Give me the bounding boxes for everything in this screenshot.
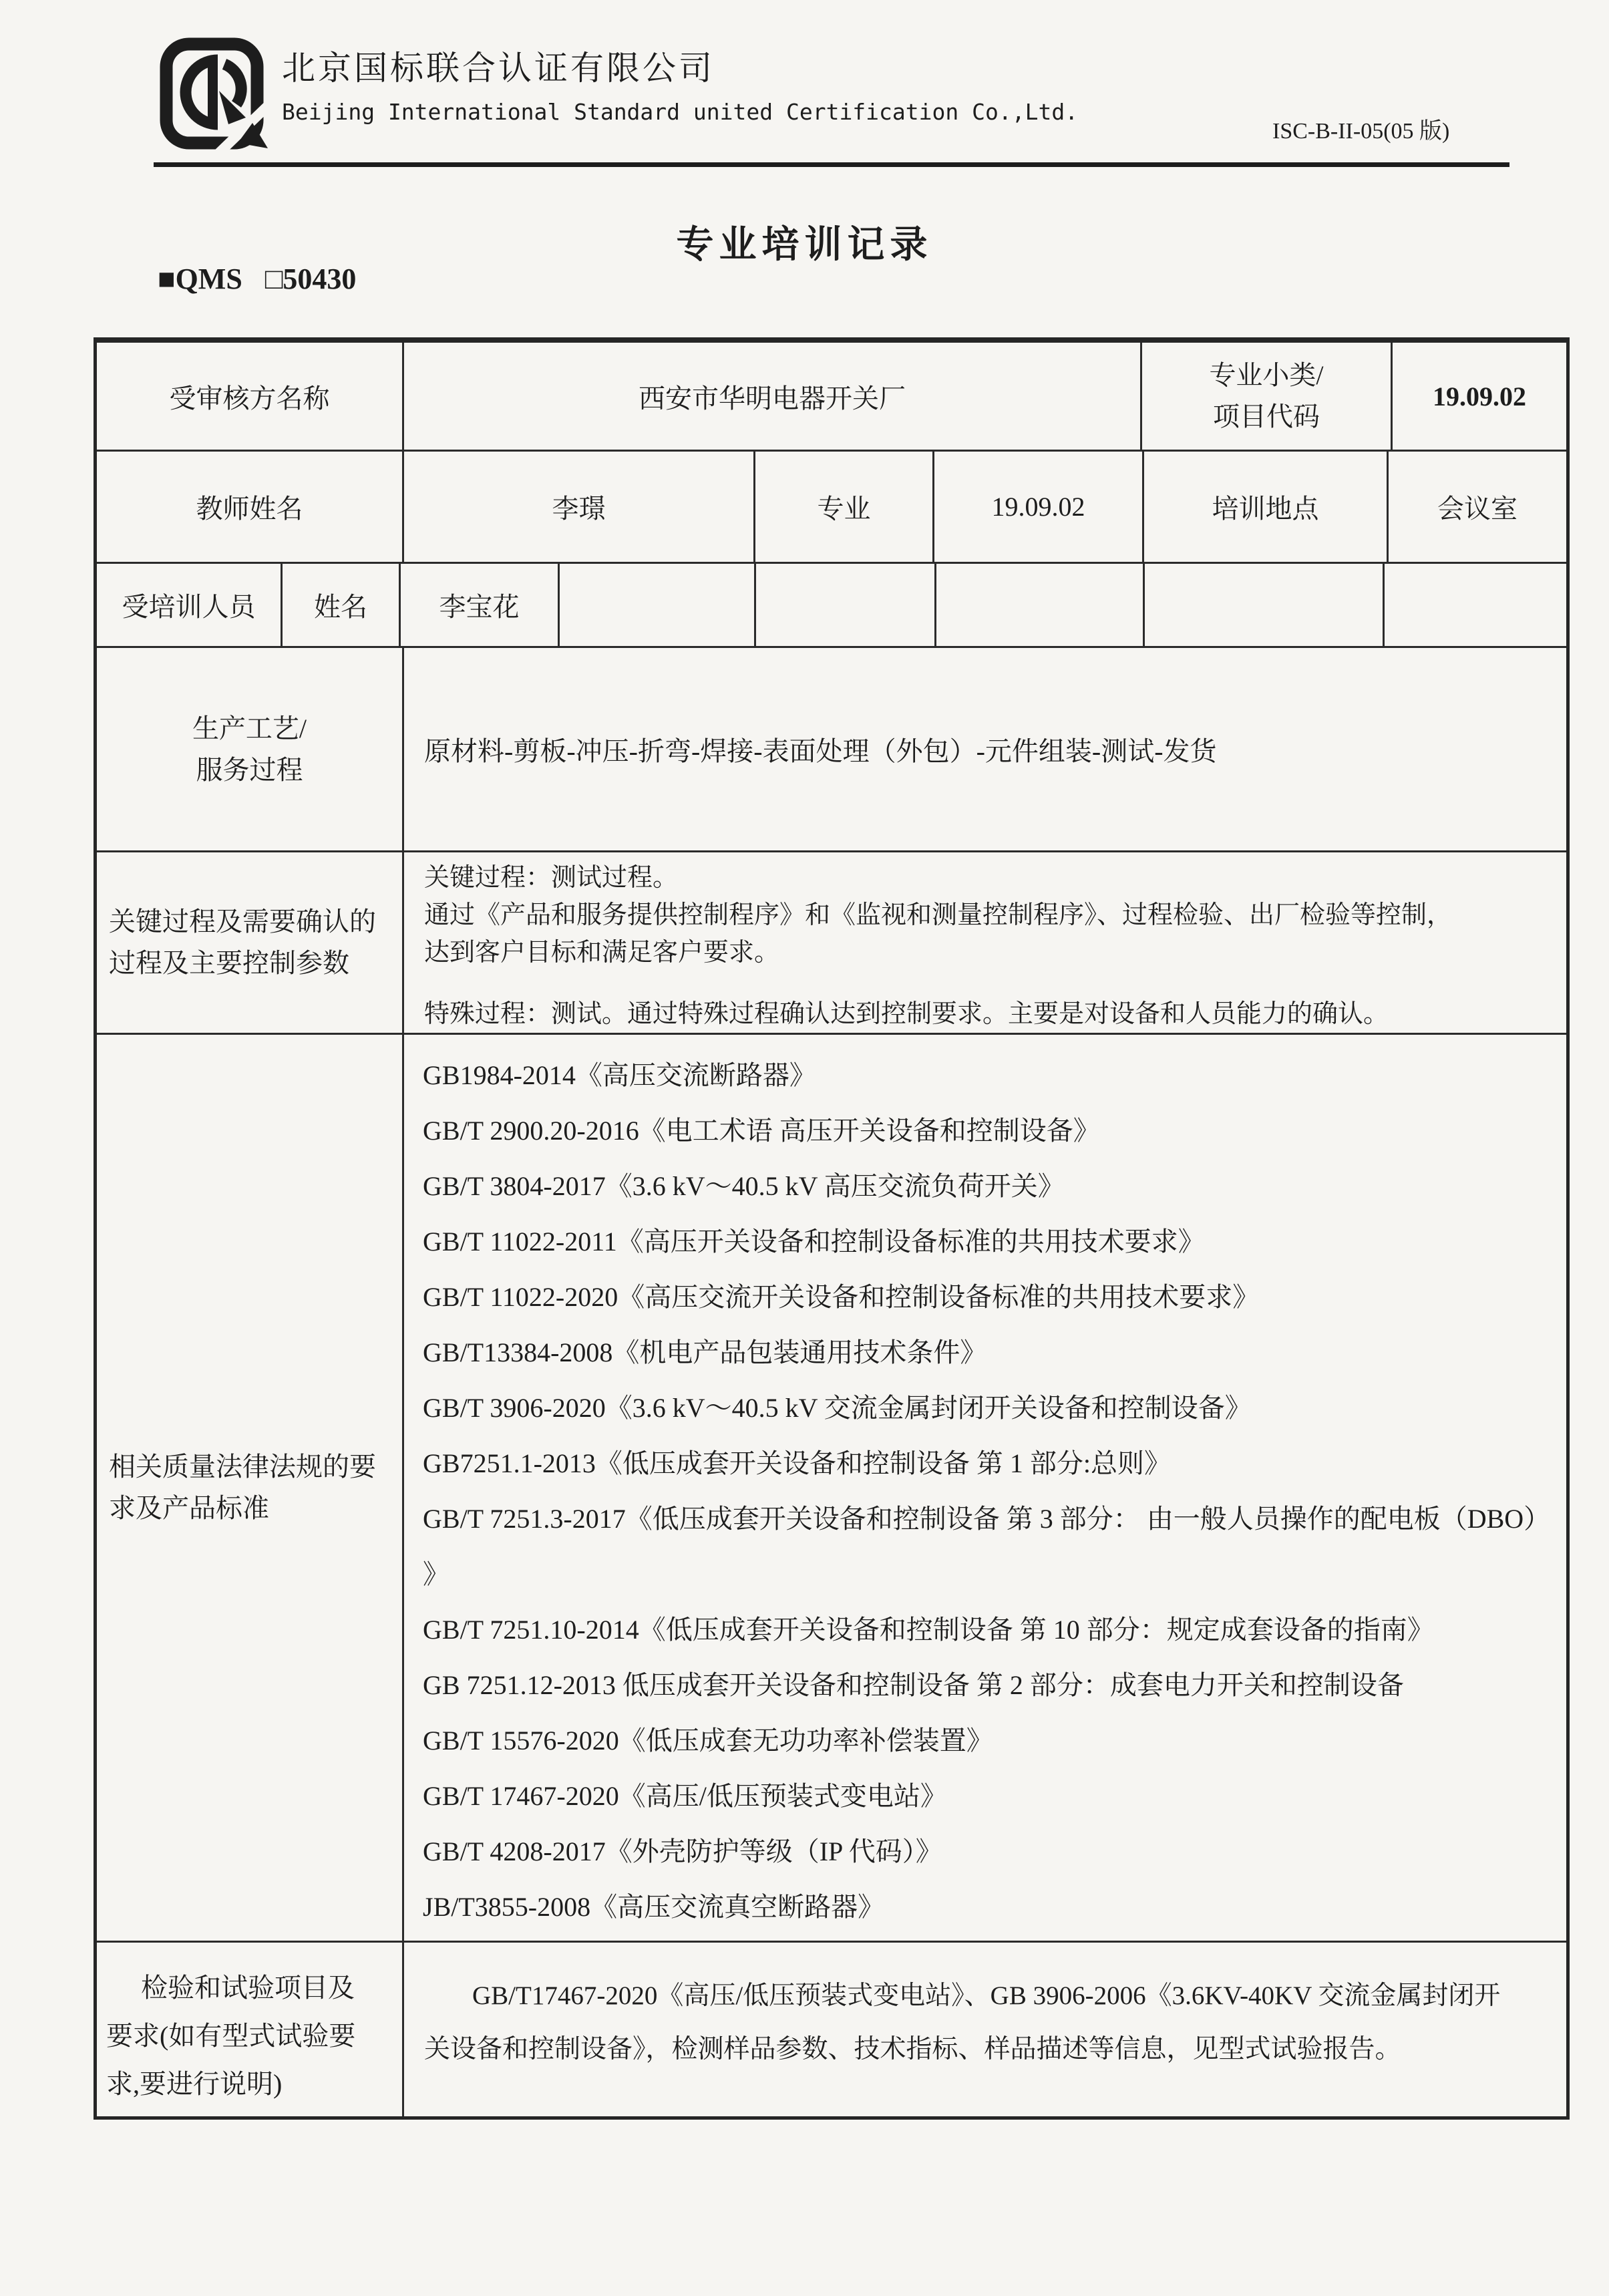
scanned-training-record-page: 北京国标联合认证有限公司 Beijing International Stand… — [0, 0, 1609, 2296]
empty-cell — [560, 564, 756, 648]
standard-item: GB/T13384-2008《机电产品包装通用技术条件》 — [423, 1325, 1566, 1380]
standard-item: GB/T 7251.10-2014《低压成套开关设备和控制设备 第 10 部分：… — [423, 1602, 1566, 1657]
standard-item: GB/T 15576-2020《低压成套无功功率补偿装置》 — [423, 1713, 1566, 1768]
teacher-name: 李璟 — [404, 452, 755, 564]
key-process-line: 特殊过程：测试。通过特殊过程确认达到控制要求。主要是对设备和人员能力的确认。 — [424, 995, 1566, 1033]
empty-cell — [1145, 564, 1385, 648]
standard-item: GB/T 4208-2017《外壳防护等级（IP 代码）》 — [423, 1824, 1566, 1879]
major-value: 19.09.02 — [934, 452, 1144, 564]
inspection-line: GB/T17467-2020《高压/低压预装式变电站》、GB 3906-2006… — [424, 1969, 1566, 2023]
empty-cell — [936, 564, 1145, 648]
row-teacher: 教师姓名 李璟 专业 19.09.02 培训地点 会议室 — [97, 452, 1566, 564]
standards-label-line1: 相关质量法律法规的要 — [109, 1446, 402, 1488]
row-inspection: 检验和试验项目及 要求(如有型式试验要 求,要进行说明) GB/T17467-2… — [97, 1943, 1566, 2116]
header-rule — [154, 162, 1509, 167]
qms-label: QMS — [176, 263, 242, 295]
inspection-line: 关设备和控制设备》，检测样品参数、技术指标、样品描述等信息，见型式试验报告。 — [424, 2023, 1566, 2076]
process-label-line2: 服务过程 — [97, 750, 402, 791]
place-value: 会议室 — [1389, 452, 1566, 564]
empty-cell — [756, 564, 936, 648]
standard-item: GB/T 7251.3-2017《低压成套开关设备和控制设备 第 3 部分： 由… — [423, 1491, 1566, 1602]
inspection-label: 检验和试验项目及 要求(如有型式试验要 求,要进行说明) — [97, 1943, 404, 2116]
company-name-en: Beijing International Standard united Ce… — [282, 99, 1078, 125]
row-key-process: 关键过程及需要确认的 过程及主要控制参数 关键过程：测试过程。 通过《产品和服务… — [97, 852, 1566, 1034]
project-code-label-line2: 项目代码 — [1142, 396, 1391, 438]
standard-item: GB7251.1-2013《低压成套开关设备和控制设备 第 1 部分:总则》 — [423, 1436, 1566, 1491]
teacher-label: 教师姓名 — [97, 452, 404, 564]
code-checkbox-empty-icon: □ — [265, 263, 283, 295]
key-process-content: 关键过程：测试过程。 通过《产品和服务提供控制程序》和《监视和测量控制程序》、过… — [404, 852, 1566, 1035]
project-code-label-line1: 专业小类/ — [1142, 355, 1391, 396]
standards-label-line2: 求及产品标准 — [109, 1488, 402, 1529]
trainee-name: 李宝花 — [401, 564, 560, 648]
training-record-table: 受审核方名称 西安市华明电器开关厂 专业小类/ 项目代码 19.09.02 教师… — [94, 337, 1570, 2120]
inspection-content: GB/T17467-2020《高压/低压预装式变电站》、GB 3906-2006… — [404, 1943, 1566, 2116]
project-code-label: 专业小类/ 项目代码 — [1142, 343, 1393, 452]
empty-cell — [1385, 564, 1566, 648]
process-label-line1: 生产工艺/ — [97, 708, 402, 750]
standards-label: 相关质量法律法规的要 求及产品标准 — [97, 1034, 404, 1943]
company-name-cn: 北京国标联合认证有限公司 — [282, 41, 715, 90]
inspection-label-line3: 求,要进行说明) — [97, 2060, 402, 2108]
standard-item: GB/T 11022-2020《高压交流开关设备和控制设备标准的共用技术要求》 — [423, 1269, 1566, 1325]
process-label: 生产工艺/ 服务过程 — [97, 648, 404, 852]
standard-item: GB1984-2014《高压交流断路器》 — [423, 1047, 1566, 1103]
key-process-label: 关键过程及需要确认的 过程及主要控制参数 — [97, 852, 404, 1035]
major-label: 专业 — [755, 452, 934, 564]
trainee-name-label: 姓名 — [283, 564, 401, 648]
process-value: 原材料-剪板-冲压-折弯-焊接-表面处理（外包）-元件组装-测试-发货 — [404, 648, 1566, 852]
document-code: ISC-B-II-05(05 版) — [1272, 112, 1449, 145]
key-process-line: 通过《产品和服务提供控制程序》和《监视和测量控制程序》、过程检验、出厂检验等控制… — [424, 896, 1566, 934]
qms-checkbox-filled-icon: ■ — [158, 263, 176, 295]
project-code-value: 19.09.02 — [1393, 343, 1566, 452]
key-process-line: 达到客户目标和满足客户要求。 — [424, 934, 1566, 971]
row-process: 生产工艺/ 服务过程 原材料-剪板-冲压-折弯-焊接-表面处理（外包）-元件组装… — [97, 648, 1566, 852]
standards-list: GB1984-2014《高压交流断路器》 GB/T 2900.20-2016《电… — [404, 1034, 1566, 1943]
row-trainee: 受培训人员 姓名 李宝花 — [97, 564, 1566, 648]
standard-item: GB/T 17467-2020《高压/低压预装式变电站》 — [423, 1768, 1566, 1824]
auditee-value: 西安市华明电器开关厂 — [404, 343, 1142, 452]
standard-item: JB/T3855-2008《高压交流真空断路器》 — [423, 1879, 1566, 1935]
key-process-line: 关键过程：测试过程。 — [424, 859, 1566, 896]
standard-item: GB/T 2900.20-2016《电工术语 高压开关设备和控制设备》 — [423, 1103, 1566, 1158]
trainee-label: 受培训人员 — [97, 564, 283, 648]
isc-logo — [159, 37, 269, 151]
row-auditee: 受审核方名称 西安市华明电器开关厂 专业小类/ 项目代码 19.09.02 — [97, 343, 1566, 452]
standard-item: GB/T 11022-2011《高压开关设备和控制设备标准的共用技术要求》 — [423, 1214, 1566, 1269]
page-title: 专业培训记录 — [0, 215, 1609, 269]
place-label: 培训地点 — [1144, 452, 1389, 564]
standard-item: GB/T 3804-2017《3.6 kV～40.5 kV 高压交流负荷开关》 — [423, 1158, 1566, 1214]
key-process-label-line2: 过程及主要控制参数 — [109, 943, 402, 984]
row-standards: 相关质量法律法规的要 求及产品标准 GB1984-2014《高压交流断路器》 G… — [97, 1034, 1566, 1943]
inspection-label-line2: 要求(如有型式试验要 — [97, 2012, 402, 2060]
code-label: 50430 — [283, 263, 356, 295]
standard-item: GB/T 3906-2020《3.6 kV～40.5 kV 交流金属封闭开关设备… — [423, 1380, 1566, 1436]
key-process-label-line1: 关键过程及需要确认的 — [109, 901, 402, 943]
auditee-label: 受审核方名称 — [97, 343, 404, 452]
scheme-checkboxes: ■QMS□50430 — [158, 262, 356, 296]
standard-item: GB 7251.12-2013 低压成套开关设备和控制设备 第 2 部分：成套电… — [423, 1657, 1566, 1713]
inspection-label-line1: 检验和试验项目及 — [97, 1964, 402, 2012]
